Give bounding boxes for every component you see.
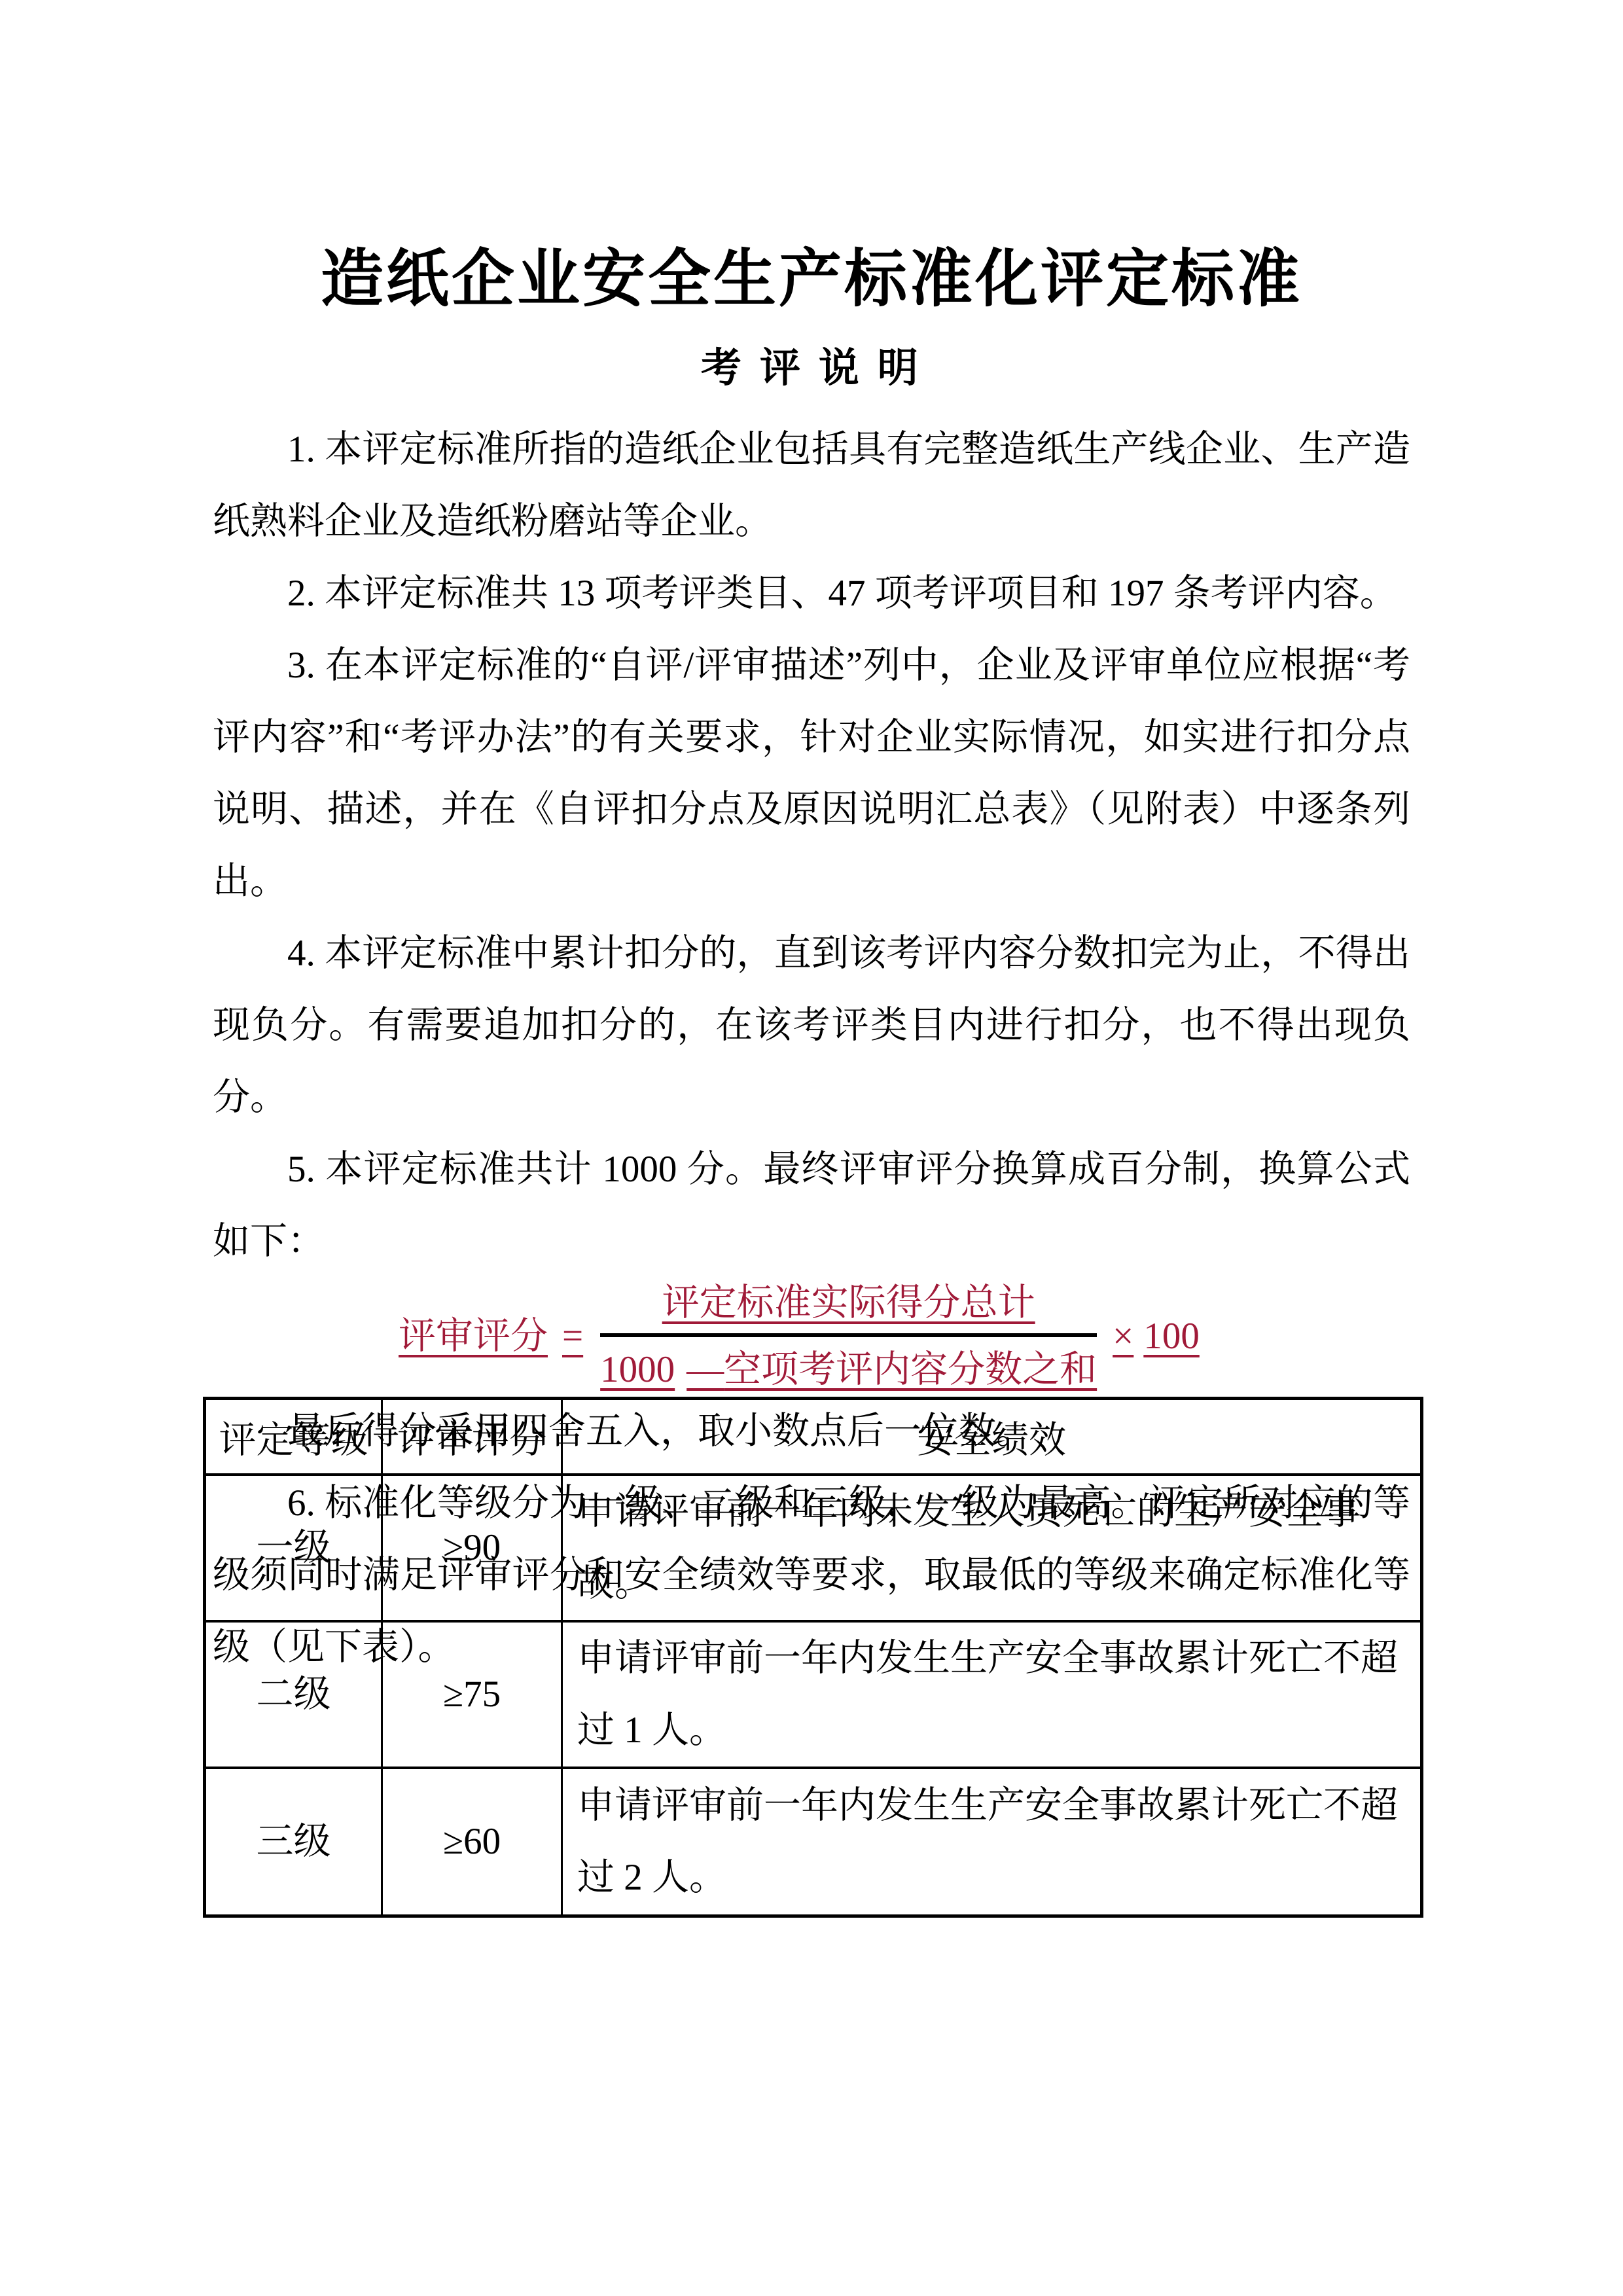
table-header-row: 评定等级 评审评分 安全绩效 <box>205 1399 1422 1475</box>
table-row: 三级 ≥60 申请评审前一年内发生生产安全事故累计死亡不超过 2 人。 <box>205 1768 1422 1916</box>
times-sign: × <box>1113 1316 1133 1357</box>
score-conversion-formula: 评审评分 = 评定标准实际得分总计 1000—空项考评内容分数之和 ×100 <box>399 1278 1410 1395</box>
grade-cell: 二级 <box>205 1621 382 1768</box>
formula-denominator: 1000—空项考评内容分数之和 <box>600 1337 1097 1391</box>
paragraph-4: 4. 本评定标准中累计扣分的，直到该考评内容分数扣完为止，不得出现负分。有需要追… <box>213 918 1410 1134</box>
formula-multiplier: ×100 <box>1113 1300 1200 1372</box>
paragraph-1: 1. 本评定标准所指的造纸企业包括具有完整造纸生产线企业、生产造纸熟料企业及造纸… <box>213 414 1410 558</box>
grade-cell: 三级 <box>205 1768 382 1916</box>
grade-table: 评定等级 评审评分 安全绩效 一级 ≥90 申请评审前一年内未发生人员死亡的生产… <box>203 1397 1423 1918</box>
performance-cell: 申请评审前一年内未发生人员死亡的生产安全事故。 <box>562 1475 1422 1621</box>
table-row: 一级 ≥90 申请评审前一年内未发生人员死亡的生产安全事故。 <box>205 1475 1422 1621</box>
paragraph-3: 3. 在本评定标准的“自评/评审描述”列中，企业及评审单位应根据“考评内容”和“… <box>213 630 1410 918</box>
header-performance: 安全绩效 <box>562 1399 1422 1475</box>
formula-numerator: 评定标准实际得分总计 <box>600 1282 1097 1333</box>
denominator-total: 1000 <box>600 1349 675 1390</box>
performance-cell: 申请评审前一年内发生生产安全事故累计死亡不超过 2 人。 <box>562 1768 1422 1916</box>
page-subtitle: 考 评 说 明 <box>0 335 1623 393</box>
document-page: 造纸企业安全生产标准化评定标准 考 评 说 明 1. 本评定标准所指的造纸企业包… <box>0 0 1623 2296</box>
table-row: 二级 ≥75 申请评审前一年内发生生产安全事故累计死亡不超过 1 人。 <box>205 1621 1422 1768</box>
header-score: 评审评分 <box>382 1399 562 1475</box>
header-grade: 评定等级 <box>205 1399 382 1475</box>
paragraph-5: 5. 本评定标准共计 1000 分。最终评审评分换算成百分制，换算公式如下： <box>213 1134 1410 1278</box>
grade-cell: 一级 <box>205 1475 382 1621</box>
formula-lhs: 评审评分 <box>399 1300 548 1372</box>
grade-table-header: 评定等级 评审评分 安全绩效 <box>205 1399 1422 1475</box>
denominator-minus-term: —空项考评内容分数之和 <box>687 1349 1097 1390</box>
paragraph-2: 2. 本评定标准共 13 项考评类目、47 项考评项目和 197 条考评内容。 <box>213 558 1410 630</box>
score-cell: ≥60 <box>382 1768 562 1916</box>
performance-cell: 申请评审前一年内发生生产安全事故累计死亡不超过 1 人。 <box>562 1621 1422 1768</box>
score-cell: ≥90 <box>382 1475 562 1621</box>
score-cell: ≥75 <box>382 1621 562 1768</box>
page-title: 造纸企业安全生产标准化评定标准 <box>0 229 1623 319</box>
formula-equals-sign: = <box>562 1300 583 1372</box>
times-value: 100 <box>1143 1316 1200 1357</box>
formula-fraction: 评定标准实际得分总计 1000—空项考评内容分数之和 <box>600 1282 1097 1391</box>
